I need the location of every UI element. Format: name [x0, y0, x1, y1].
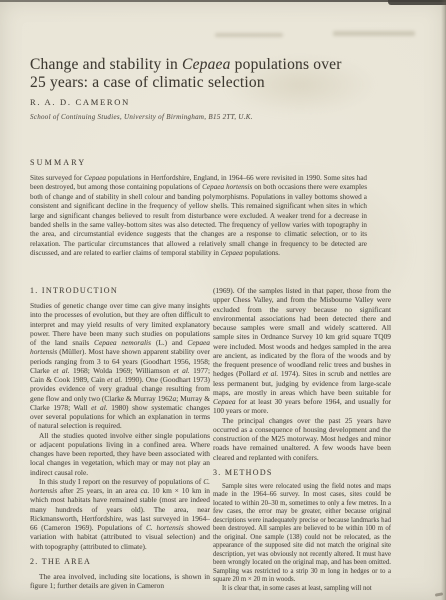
scan-top-edge-right-mark — [388, 0, 446, 5]
summary-heading: SUMMARY — [30, 158, 86, 167]
page-title-line1: Change and stability in Cepaea populatio… — [30, 56, 378, 74]
area-continuation-paragraph: (1969). Of the samples listed in that pa… — [213, 286, 391, 416]
changes-paragraph: The principal changes over the past 25 y… — [213, 416, 391, 462]
page-title-line2: 25 years: a case of climatic selection — [30, 74, 378, 92]
area-paragraph-1: The area involved, including site locati… — [30, 572, 210, 591]
section-heading-area: 2. THE AREA — [30, 557, 210, 566]
scan-right-edge-shadow — [441, 0, 446, 600]
bleedthrough-text-bar — [215, 33, 283, 37]
bleedthrough-text-bar — [333, 31, 415, 36]
methods-paragraph-1: Sample sites were relocated using the fi… — [213, 483, 391, 585]
author-name: R. A. D. CAMERON — [30, 97, 130, 107]
intro-paragraph-3: In this study I report on the resurvey o… — [30, 477, 210, 551]
section-heading-methods: 3. METHODS — [213, 468, 391, 477]
scan-top-edge-line — [0, 0, 446, 2]
right-column: (1969). Of the samples listed in that pa… — [213, 286, 391, 600]
summary-text: Sites surveyed for Cepaea populations in… — [30, 174, 367, 259]
intro-paragraph-2: All the studies quoted involve either si… — [30, 431, 210, 477]
section-heading-introduction: 1. INTRODUCTION — [30, 286, 210, 295]
left-column: 1. INTRODUCTION Studies of genetic chang… — [30, 286, 210, 600]
intro-paragraph-1: Studies of genetic change over time can … — [30, 301, 210, 431]
author-affiliation: School of Continuing Studies, University… — [30, 113, 253, 121]
page-title: Change and stability in Cepaea populatio… — [30, 56, 378, 91]
scanned-paper-page: Change and stability in Cepaea populatio… — [0, 0, 446, 600]
methods-paragraph-2: It is clear that, in some cases at least… — [213, 585, 391, 594]
